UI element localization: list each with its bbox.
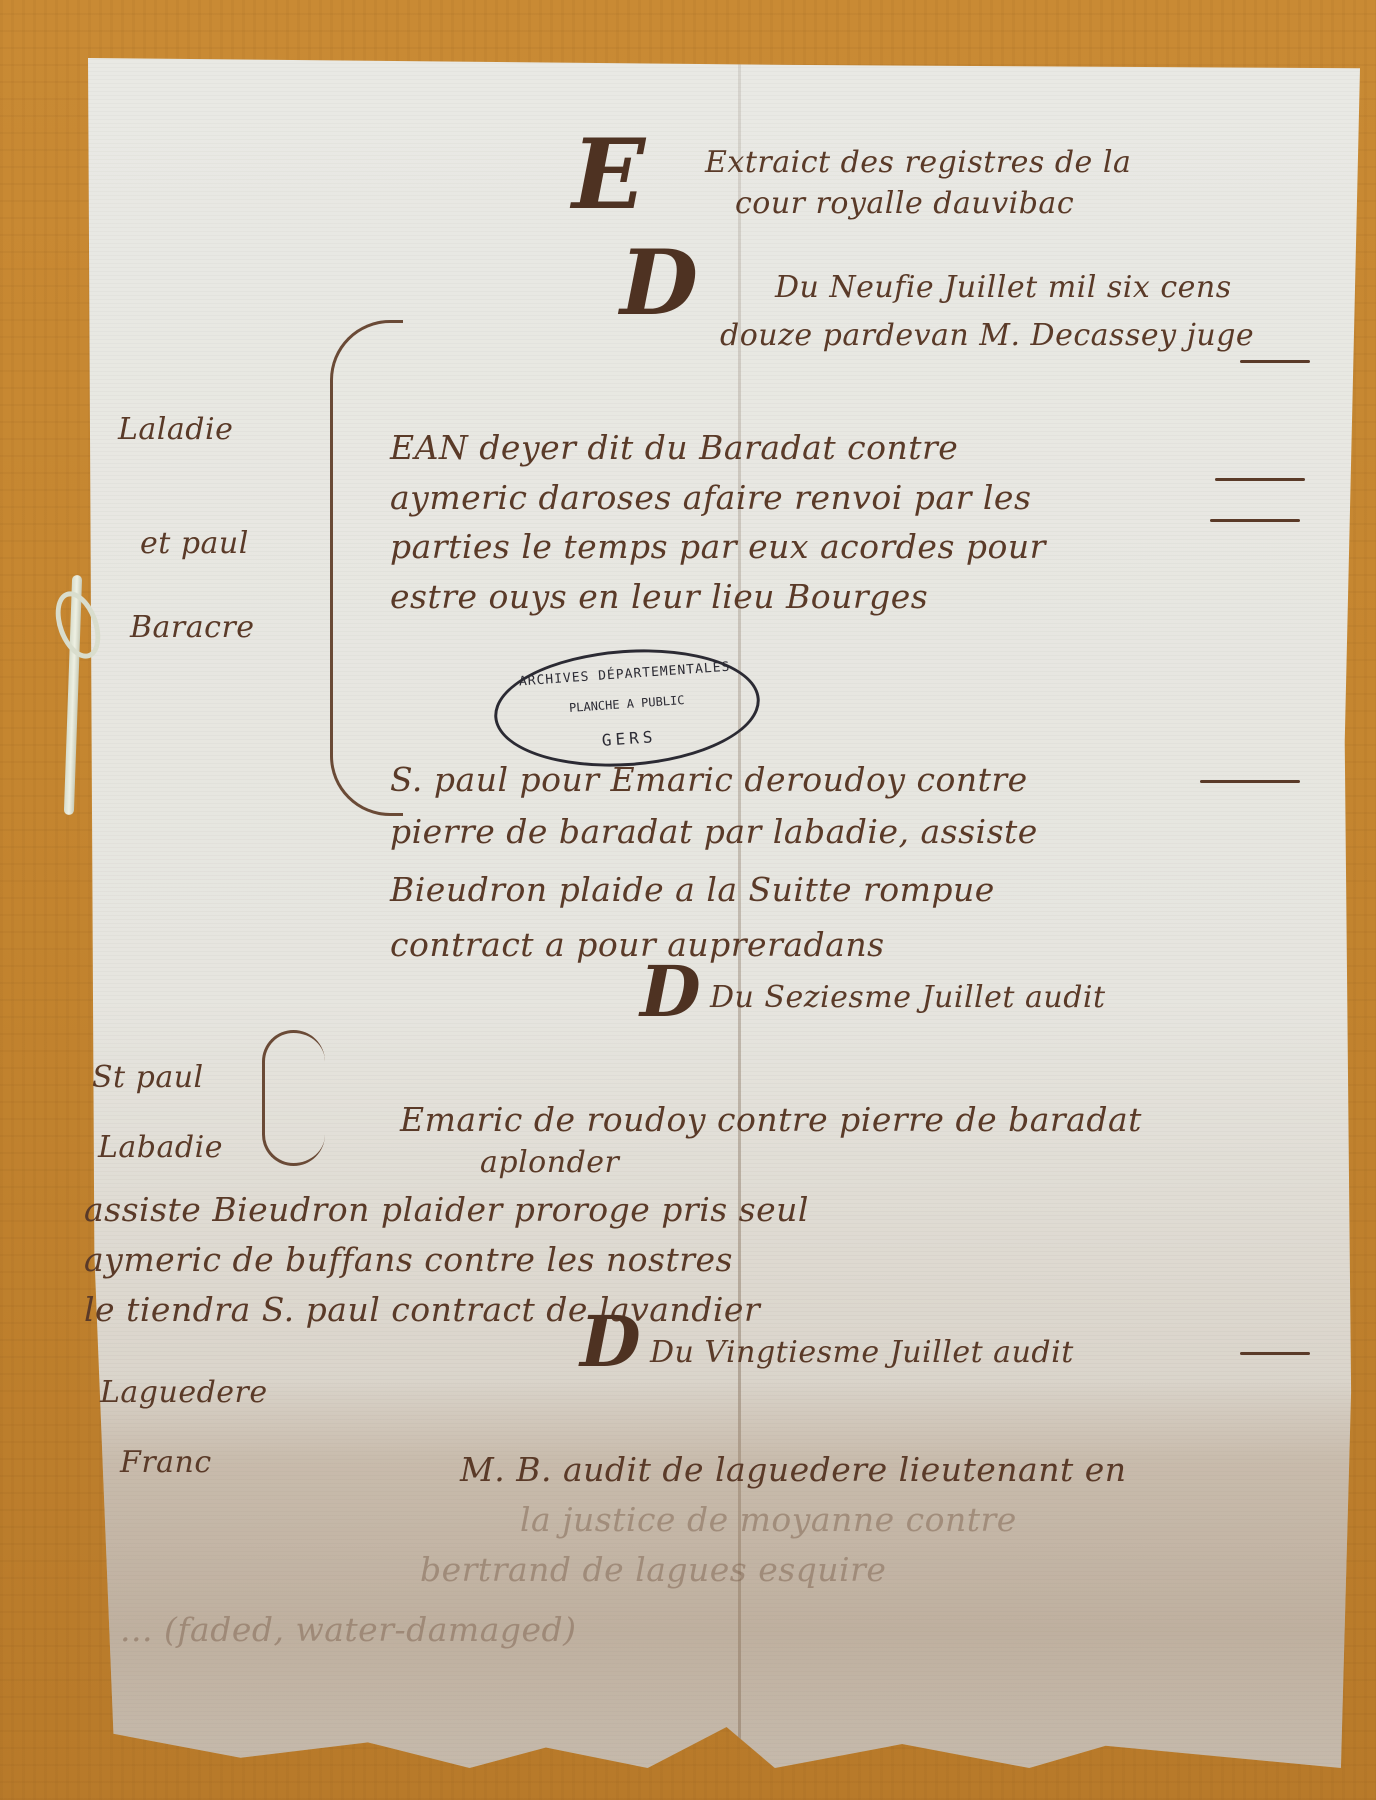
date-line-2: douze pardevan M. Decassey juge bbox=[720, 318, 1254, 353]
date-line-1: Du Neufie Juillet mil six cens bbox=[775, 270, 1232, 305]
heading-line-2: cour royalle dauvibac bbox=[735, 186, 1074, 221]
entry-3-date: Du Seziesme Juillet audit bbox=[710, 980, 1106, 1015]
line-filler-rule bbox=[1240, 360, 1310, 363]
entry-3-line-2: aplonder bbox=[480, 1145, 619, 1180]
date-initial-d: D bbox=[620, 230, 698, 336]
entry-3-line-5: le tiendra S. paul contract de lavandier bbox=[84, 1290, 760, 1329]
entry-2-line-2: pierre de baradat par labadie, assiste bbox=[390, 812, 1038, 851]
entry-2-line-4: contract a pour aupreradans bbox=[390, 925, 885, 964]
entry-4-line-4: ... (faded, water-damaged) bbox=[120, 1610, 577, 1649]
line-filler-rule bbox=[1215, 478, 1305, 481]
margin-note-labadie: Labadie bbox=[98, 1130, 223, 1165]
date-initial-d: D bbox=[580, 1300, 641, 1383]
line-filler-rule bbox=[1240, 1352, 1310, 1355]
margin-note-paul: et paul bbox=[140, 526, 249, 561]
entry-1-line-2: aymeric daroses afaire renvoi par les bbox=[390, 478, 1031, 517]
entry-3-line-1: Emaric de roudoy contre pierre de barada… bbox=[400, 1100, 1142, 1139]
margin-note-laladie: Laladie bbox=[118, 412, 233, 447]
entry-2-line-3: Bieudron plaide a la Suitte rompue bbox=[390, 870, 995, 909]
line-filler-rule bbox=[1200, 780, 1300, 783]
line-filler-rule bbox=[1210, 519, 1300, 522]
margin-note-franc: Franc bbox=[120, 1445, 212, 1480]
heading-line-1: Extraict des registres de la bbox=[705, 145, 1131, 180]
entry-4-line-3: bertrand de lagues esquire bbox=[420, 1550, 886, 1589]
stamp-line-2: PLANCHE A PUBLIC bbox=[497, 688, 757, 720]
large-j-flourish bbox=[330, 320, 403, 816]
date-initial-d: D bbox=[640, 950, 701, 1033]
entry-4-line-1: M. B. audit de laguedere lieutenant en bbox=[460, 1450, 1126, 1489]
entry-2-line-1: S. paul pour Emaric deroudoy contre bbox=[390, 760, 1028, 799]
entry-4-line-2: la justice de moyanne contre bbox=[520, 1500, 1017, 1539]
margin-note-st-paul: St paul bbox=[92, 1060, 204, 1095]
entry-1-line-3: parties le temps par eux acordes pour bbox=[390, 527, 1046, 566]
entry-1-line-4: estre ouys en leur lieu Bourges bbox=[390, 577, 928, 616]
entry-3-line-3: assiste Bieudron plaider proroge pris se… bbox=[84, 1190, 809, 1229]
entry-3-line-4: aymeric de buffans contre les nostres bbox=[84, 1240, 733, 1279]
margin-note-laguedere: Laguedere bbox=[100, 1375, 268, 1410]
large-e-flourish bbox=[262, 1030, 325, 1166]
heading-initial-e: E bbox=[572, 118, 645, 231]
margin-note-baracre: Baracre bbox=[130, 610, 255, 645]
entry-1-line-1: EAN deyer dit du Baradat contre bbox=[390, 428, 958, 467]
entry-4-date: Du Vingtiesme Juillet audit bbox=[650, 1335, 1074, 1370]
